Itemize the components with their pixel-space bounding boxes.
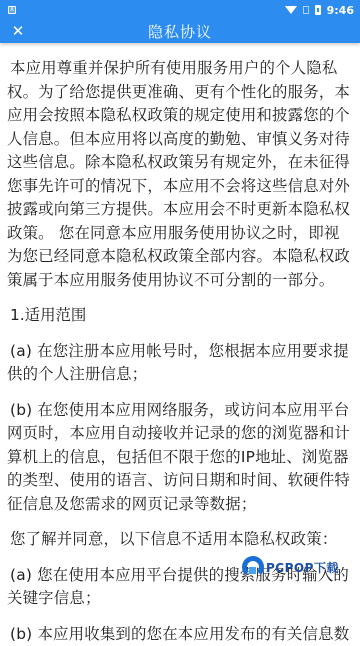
- page-title: 隐私协议: [148, 21, 212, 42]
- exclusion-item-a: (a) 您在使用本应用平台提供的搜索服务时输入的关键字信息；: [7, 564, 354, 601]
- status-bar: A 9:46: [0, 0, 360, 20]
- sim-icon: [303, 6, 309, 14]
- scope-item-b: (b) 在您使用本应用网络服务，或访问本应用平台网页时，本应用自动接收并记录的您…: [7, 399, 354, 517]
- intro-paragraph: 本应用尊重并保护所有使用服务用户的个人隐私权。为了给您提供更准确、更有个性化的服…: [7, 57, 354, 292]
- section-heading: 1.适用范围: [7, 304, 354, 328]
- status-time: 9:46: [327, 4, 354, 17]
- battery-icon: [315, 5, 321, 15]
- notification-icon: A: [8, 6, 16, 14]
- close-icon: ✕: [12, 24, 25, 39]
- exclusion-intro: 您了解并同意，以下信息不适用本隐私权政策：: [7, 528, 354, 552]
- close-button[interactable]: ✕: [10, 24, 26, 40]
- scope-item-a: (a) 在您注册本应用帐号时，您根据本应用要求提供的个人注册信息；: [7, 340, 354, 387]
- privacy-policy-content[interactable]: 本应用尊重并保护所有使用服务用户的个人隐私权。为了给您提供更准确、更有个性化的服…: [0, 43, 360, 600]
- wifi-icon: [285, 6, 297, 14]
- app-bar: ✕ 隐私协议: [0, 20, 360, 43]
